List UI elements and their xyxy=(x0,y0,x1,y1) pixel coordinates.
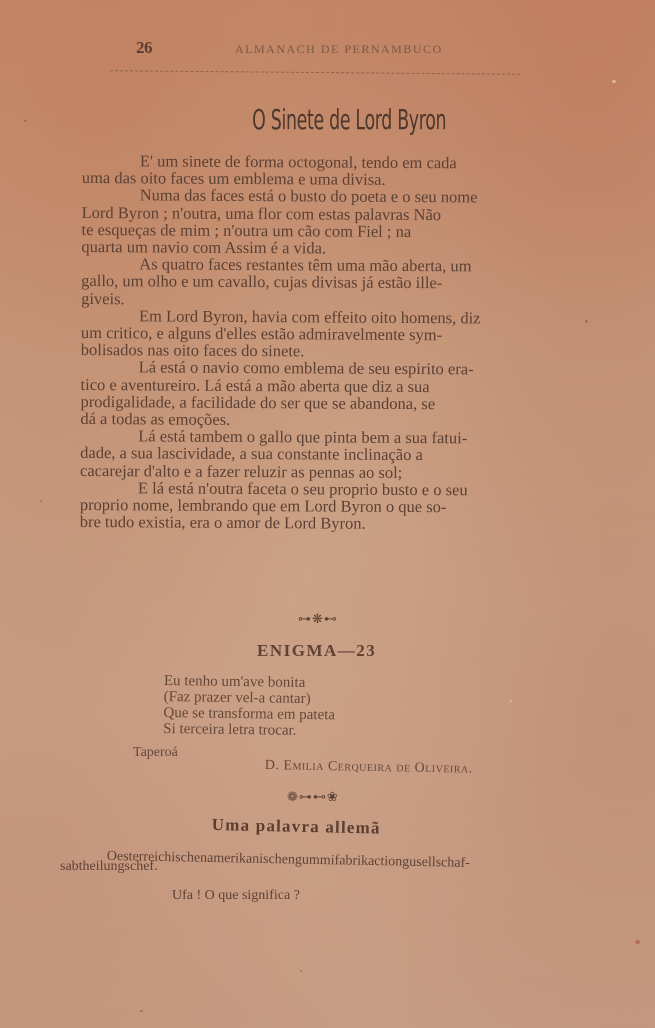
page-number: 26 xyxy=(136,38,152,58)
ornament-divider-icon: ⊶❋⊷ xyxy=(298,612,338,627)
paragraph-5: Lá está o navio como emblema de seu espi… xyxy=(80,358,628,430)
german-word: Oesterreichischenamerikanischengummifabr… xyxy=(60,848,470,874)
paper-speck xyxy=(140,1010,143,1012)
enigma-title: ENIGMA—23 xyxy=(257,641,376,661)
enigma-place: Taperoá xyxy=(133,745,178,761)
enigma-author: D. Emilia Cerqueira de Oliveira. xyxy=(265,758,473,778)
paragraph-7: E lá está n'outra faceta o seu proprio b… xyxy=(80,479,628,534)
running-title: ALMANACH DE PERNAMBUCO xyxy=(235,42,443,57)
paragraph-1: E' um sinete de forma octogonal, tendo e… xyxy=(82,152,630,190)
german-question: Ufa ! O que significa ? xyxy=(172,888,300,904)
enigma-verse: Eu tenho um'ave bonita (Faz prazer vel-a… xyxy=(163,673,335,739)
text-line: gallo, um olho e um cavallo, cujas divis… xyxy=(81,272,629,293)
article-body: E' um sinete de forma octogonal, tendo e… xyxy=(80,152,630,534)
paper-speck xyxy=(300,970,302,972)
ornament-flourish-icon: ❁⊶⊷❀ xyxy=(287,790,339,805)
page-header: 26 ALMANACH DE PERNAMBUCO xyxy=(100,38,520,62)
paragraph-6: Lá está tambem o gallo que pinta bem a s… xyxy=(80,427,628,482)
paper-speck xyxy=(585,320,588,323)
verse-line: Si terceira letra trocar. xyxy=(163,721,335,739)
article-title: O Sinete de Lord Byron xyxy=(124,103,530,136)
german-section-title: Uma palavra allemã xyxy=(212,815,381,839)
paper-speck xyxy=(40,500,42,502)
paper-speck xyxy=(612,80,616,83)
scanned-page: 26 ALMANACH DE PERNAMBUCO O Sinete de Lo… xyxy=(0,0,655,1028)
paragraph-2: Numa das faces está o busto do poeta e o… xyxy=(81,186,629,258)
paper-speck xyxy=(24,120,27,122)
paragraph-3: As quatro faces restantes têm uma mão ab… xyxy=(81,255,629,310)
paper-speck xyxy=(635,940,640,944)
text-line: bre tudo existia, era o amor de Lord Byr… xyxy=(80,513,628,534)
paragraph-4: Em Lord Byron, havia com effeito oito ho… xyxy=(81,307,629,362)
paper-speck xyxy=(510,700,512,702)
header-rule xyxy=(110,70,520,75)
